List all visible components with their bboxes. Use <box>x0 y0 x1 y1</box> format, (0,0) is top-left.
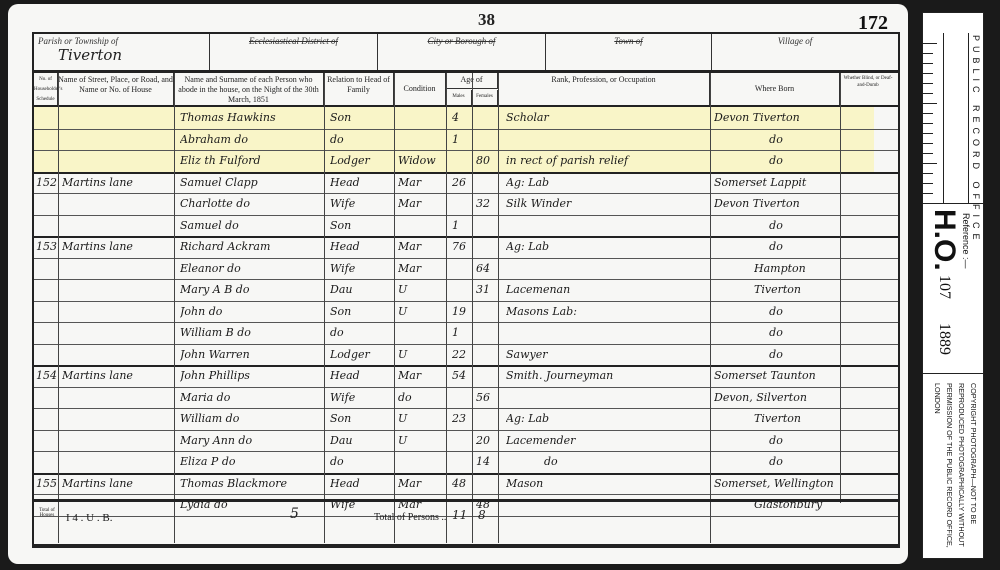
table-row[interactable]: Abraham dodo1do <box>34 129 898 152</box>
schedule-cell <box>36 430 58 451</box>
col-street: Name of Street, Place, or Road, and Name… <box>58 73 174 105</box>
born-cell: do <box>714 430 838 451</box>
name-cell: Thomas Hawkins <box>180 107 322 128</box>
street-cell <box>62 279 172 300</box>
totals-footer: Total of Houses I 4 . U . B. 5 Total of … <box>34 499 898 542</box>
reference-strip: PUBLIC RECORD OFFICE Reference :— H.O. 1… <box>922 12 984 559</box>
table-row[interactable]: Charlotte doWifeMar32Silk WinderDevon Ti… <box>34 193 898 216</box>
reference-label: Reference :— <box>961 213 971 269</box>
name-cell: Mary Ann do <box>180 430 322 451</box>
street-cell <box>62 451 172 472</box>
born-cell: Somerset, Wellington <box>714 473 838 494</box>
street-cell <box>62 258 172 279</box>
female-age-cell: 14 <box>476 451 496 472</box>
born-cell: do <box>714 344 838 365</box>
male-age-cell <box>452 150 472 171</box>
relation-cell: Dau <box>330 430 392 451</box>
table-row[interactable]: 152Martins laneSamuel ClappHeadMar26Ag: … <box>34 172 898 195</box>
relation-cell: Dau <box>330 279 392 300</box>
born-cell: Somerset Taunton <box>714 365 838 386</box>
title-row: Parish or Township of Tiverton Ecclesias… <box>34 34 898 73</box>
condition-cell: U <box>398 344 444 365</box>
female-age-cell <box>476 301 496 322</box>
born-cell: Hampton <box>754 258 838 279</box>
male-age-cell: 1 <box>452 129 472 150</box>
name-cell: William B do <box>180 322 322 343</box>
relation-cell: Wife <box>330 387 392 408</box>
column-divider <box>174 73 175 543</box>
column-divider <box>710 73 711 543</box>
col-where-born: Where Born <box>710 73 840 105</box>
stamp-number: 38 <box>478 10 495 30</box>
ecclesiastical-label: Ecclesiastical District of <box>210 34 378 70</box>
table-row[interactable]: 154Martins laneJohn PhillipsHeadMar54Smi… <box>34 365 898 388</box>
street-cell: Martins lane <box>62 365 172 386</box>
born-cell: do <box>714 150 838 171</box>
copyright-notice: COPYRIGHT PHOTOGRAPH—NOT TO BE REPRODUCE… <box>931 383 979 551</box>
females-total: 8 <box>478 508 486 522</box>
table-row[interactable]: 153Martins laneRichard AckramHeadMar76Ag… <box>34 236 898 259</box>
schedule-cell <box>36 322 58 343</box>
street-cell: Martins lane <box>62 172 172 193</box>
street-cell: Martins lane <box>62 473 172 494</box>
table-row[interactable]: Eliz th FulfordLodgerWidow80in rect of p… <box>34 150 898 174</box>
female-age-cell <box>476 322 496 343</box>
condition-cell: Mar <box>398 236 444 257</box>
occupation-cell <box>506 129 706 150</box>
occupation-cell <box>506 215 706 236</box>
male-age-cell <box>452 279 472 300</box>
male-age-cell <box>452 258 472 279</box>
born-cell: Somerset Lappit <box>714 172 838 193</box>
schedule-cell <box>36 150 58 171</box>
schedule-cell <box>36 193 58 214</box>
table-row[interactable]: John WarrenLodgerU22Sawyerdo <box>34 344 898 368</box>
born-cell: do <box>714 301 838 322</box>
schedule-cell <box>36 279 58 300</box>
col-relation: Relation to Head of Family <box>324 73 394 105</box>
female-age-cell <box>476 215 496 236</box>
column-headers: No. of Householder's Schedule Name of St… <box>34 73 898 107</box>
male-age-cell: 1 <box>452 322 472 343</box>
condition-cell: Widow <box>398 150 444 171</box>
name-cell: Thomas Blackmore <box>180 473 322 494</box>
condition-cell: U <box>398 301 444 322</box>
table-row[interactable]: Samuel doSon1do <box>34 215 898 239</box>
condition-cell <box>398 129 444 150</box>
village-label: Village of <box>712 34 878 70</box>
table-row[interactable]: Mary A B doDauU31LacemenanTiverton <box>34 279 898 302</box>
relation-cell: Son <box>330 301 392 322</box>
condition-cell: Mar <box>398 365 444 386</box>
occupation-cell: Silk Winder <box>506 193 706 214</box>
born-cell: do <box>714 322 838 343</box>
female-age-cell: 31 <box>476 279 496 300</box>
relation-cell: Wife <box>330 193 392 214</box>
column-divider <box>446 73 447 543</box>
schedule-cell <box>36 451 58 472</box>
col-schedule: No. of Householder's Schedule <box>34 73 58 105</box>
female-age-cell: 32 <box>476 193 496 214</box>
parish-label: Parish or Township of <box>38 36 118 46</box>
occupation-cell: Mason <box>506 473 706 494</box>
street-cell <box>62 150 172 171</box>
born-cell: do <box>714 451 838 472</box>
name-cell: Mary A B do <box>180 279 322 300</box>
occupation-cell: Sawyer <box>506 344 706 365</box>
column-divider <box>58 73 59 543</box>
name-cell: Eliz th Fulford <box>180 150 322 171</box>
office-label: PUBLIC RECORD OFFICE <box>971 35 981 245</box>
name-cell: John do <box>180 301 322 322</box>
female-age-cell: 80 <box>476 150 496 171</box>
col-condition: Condition <box>394 73 446 105</box>
condition-cell: Mar <box>398 473 444 494</box>
name-cell: Samuel do <box>180 215 322 236</box>
female-age-cell <box>476 365 496 386</box>
name-cell: Eliza P do <box>180 451 322 472</box>
table-row[interactable]: 155Martins laneThomas BlackmoreHeadMar48… <box>34 473 898 496</box>
relation-cell: Lodger <box>330 344 392 365</box>
condition-cell: Mar <box>398 258 444 279</box>
relation-cell: do <box>330 322 392 343</box>
male-age-cell <box>452 430 472 451</box>
street-cell <box>62 322 172 343</box>
occupation-cell <box>506 387 706 408</box>
male-age-cell <box>452 451 472 472</box>
piece-number: 107 <box>935 275 953 299</box>
male-age-cell: 76 <box>452 236 472 257</box>
male-age-cell: 23 <box>452 408 472 429</box>
schedule-cell: 153 <box>36 236 58 257</box>
name-cell: William do <box>180 408 322 429</box>
table-row[interactable]: Mary Ann doDauU20Lacemenderdo <box>34 430 898 453</box>
female-age-cell <box>476 408 496 429</box>
town-label: Town of <box>546 34 712 70</box>
schedule-cell <box>36 301 58 322</box>
table-row[interactable]: Maria doWifedo56Devon, Silverton <box>34 387 898 410</box>
census-page: 38 172 Parish or Township of Tiverton Ec… <box>8 4 908 564</box>
table-row[interactable]: Eleanor doWifeMar64Hampton <box>34 258 898 281</box>
street-cell: Martins lane <box>62 236 172 257</box>
occupation-cell <box>506 322 706 343</box>
occupation-cell: Ag: Lab <box>506 172 706 193</box>
census-sheet: Parish or Township of Tiverton Ecclesias… <box>32 32 900 548</box>
female-age-cell: 20 <box>476 430 496 451</box>
female-age-cell <box>476 172 496 193</box>
male-age-cell: 4 <box>452 107 472 128</box>
street-cell <box>62 387 172 408</box>
total-persons-label: Total of Persons .. <box>374 512 446 523</box>
female-age-cell <box>476 129 496 150</box>
occupation-cell: Masons Lab: <box>506 301 706 322</box>
col-occupation: Rank, Profession, or Occupation <box>498 73 710 105</box>
street-cell <box>62 107 172 128</box>
table-row[interactable]: Thomas HawkinsSon4ScholarDevon Tiverton <box>34 107 898 130</box>
street-cell <box>62 430 172 451</box>
street-cell <box>62 215 172 236</box>
table-row[interactable]: John doSonU19Masons Lab:do <box>34 301 898 324</box>
condition-cell: do <box>398 387 444 408</box>
occupation-cell <box>506 258 706 279</box>
relation-cell: Wife <box>330 258 392 279</box>
condition-cell <box>398 215 444 236</box>
schedule-cell: 152 <box>36 172 58 193</box>
male-age-cell <box>452 387 472 408</box>
relation-cell: Lodger <box>330 150 392 171</box>
name-cell: John Warren <box>180 344 322 365</box>
occupation-cell: Scholar <box>506 107 706 128</box>
female-age-cell <box>476 344 496 365</box>
born-cell: do <box>714 215 838 236</box>
name-cell: Eleanor do <box>180 258 322 279</box>
schedule-cell <box>36 408 58 429</box>
column-divider <box>840 73 841 503</box>
born-cell: Devon, Silverton <box>714 387 838 408</box>
relation-cell: Son <box>330 107 392 128</box>
male-age-cell: 54 <box>452 365 472 386</box>
name-cell: Maria do <box>180 387 322 408</box>
name-cell: John Phillips <box>180 365 322 386</box>
schedule-cell <box>36 344 58 365</box>
column-divider <box>324 73 325 543</box>
table-row[interactable]: Eliza P dodo14dodo <box>34 451 898 475</box>
male-age-cell: 22 <box>452 344 472 365</box>
occupation-cell: Lacemender <box>506 430 706 451</box>
condition-cell <box>398 107 444 128</box>
occupation-cell: in rect of parish relief <box>506 150 706 171</box>
condition-cell <box>398 322 444 343</box>
relation-cell: Son <box>330 408 392 429</box>
column-divider <box>472 73 473 543</box>
born-cell: Devon Tiverton <box>714 107 838 128</box>
relation-cell: Head <box>330 236 392 257</box>
born-cell: do <box>714 129 838 150</box>
male-age-cell: 19 <box>452 301 472 322</box>
col-name: Name and Surname of each Person who abod… <box>174 73 324 105</box>
schedule-cell <box>36 107 58 128</box>
schedule-cell <box>36 258 58 279</box>
female-age-cell: 56 <box>476 387 496 408</box>
schedule-cell: 155 <box>36 473 58 494</box>
col-blind: Whether Blind, or Deaf-and-Dumb <box>840 73 896 105</box>
schedules-total: 5 <box>290 506 299 522</box>
male-age-cell: 1 <box>452 215 472 236</box>
column-divider <box>394 73 395 543</box>
condition-cell: Mar <box>398 193 444 214</box>
street-cell <box>62 344 172 365</box>
schedule-cell <box>36 129 58 150</box>
name-cell: Richard Ackram <box>180 236 322 257</box>
occupation-cell: do <box>544 451 704 472</box>
schedule-cell: 154 <box>36 365 58 386</box>
name-cell: Abraham do <box>180 129 322 150</box>
col-females: Females <box>472 90 498 105</box>
condition-cell: U <box>398 279 444 300</box>
relation-cell: Head <box>330 365 392 386</box>
schedule-cell <box>36 215 58 236</box>
houses-value: I 4 . U . B. <box>66 512 112 524</box>
female-age-cell <box>476 473 496 494</box>
relation-cell: Head <box>330 473 392 494</box>
street-cell <box>62 129 172 150</box>
male-age-cell <box>452 193 472 214</box>
parish-value: Tiverton <box>58 46 205 64</box>
city-label: City or Borough of <box>378 34 546 70</box>
born-cell: Tiverton <box>754 408 838 429</box>
female-age-cell <box>476 236 496 257</box>
name-cell: Charlotte do <box>180 193 322 214</box>
street-cell <box>62 408 172 429</box>
condition-cell <box>398 451 444 472</box>
born-cell: do <box>714 236 838 257</box>
relation-cell: Son <box>330 215 392 236</box>
occupation-cell: Smith. Journeyman <box>506 365 706 386</box>
male-age-cell: 26 <box>452 172 472 193</box>
column-divider <box>498 73 499 543</box>
relation-cell: do <box>330 451 392 472</box>
occupation-cell: Ag: Lab <box>506 236 706 257</box>
condition-cell: U <box>398 408 444 429</box>
ho-label: H.O. <box>927 209 961 271</box>
reference-number: 1889 <box>935 323 953 355</box>
born-cell: Tiverton <box>754 279 838 300</box>
table-row[interactable]: William doSonU23Ag: LabTiverton <box>34 408 898 431</box>
relation-cell: Head <box>330 172 392 193</box>
occupation-cell: Lacemenan <box>506 279 706 300</box>
schedule-cell <box>36 387 58 408</box>
occupation-cell: Ag: Lab <box>506 408 706 429</box>
name-cell: Samuel Clapp <box>180 172 322 193</box>
parish-cell: Parish or Township of Tiverton <box>34 34 210 70</box>
street-cell <box>62 193 172 214</box>
street-cell <box>62 301 172 322</box>
males-total: 11 <box>452 508 467 522</box>
condition-cell: Mar <box>398 172 444 193</box>
male-age-cell: 48 <box>452 473 472 494</box>
condition-cell: U <box>398 430 444 451</box>
female-age-cell <box>476 107 496 128</box>
born-cell: Devon Tiverton <box>714 193 838 214</box>
female-age-cell: 64 <box>476 258 496 279</box>
col-males: Males <box>446 90 472 105</box>
table-row[interactable]: William B dodo1do <box>34 322 898 345</box>
relation-cell: do <box>330 129 392 150</box>
total-houses-label: Total of Houses <box>36 508 58 518</box>
